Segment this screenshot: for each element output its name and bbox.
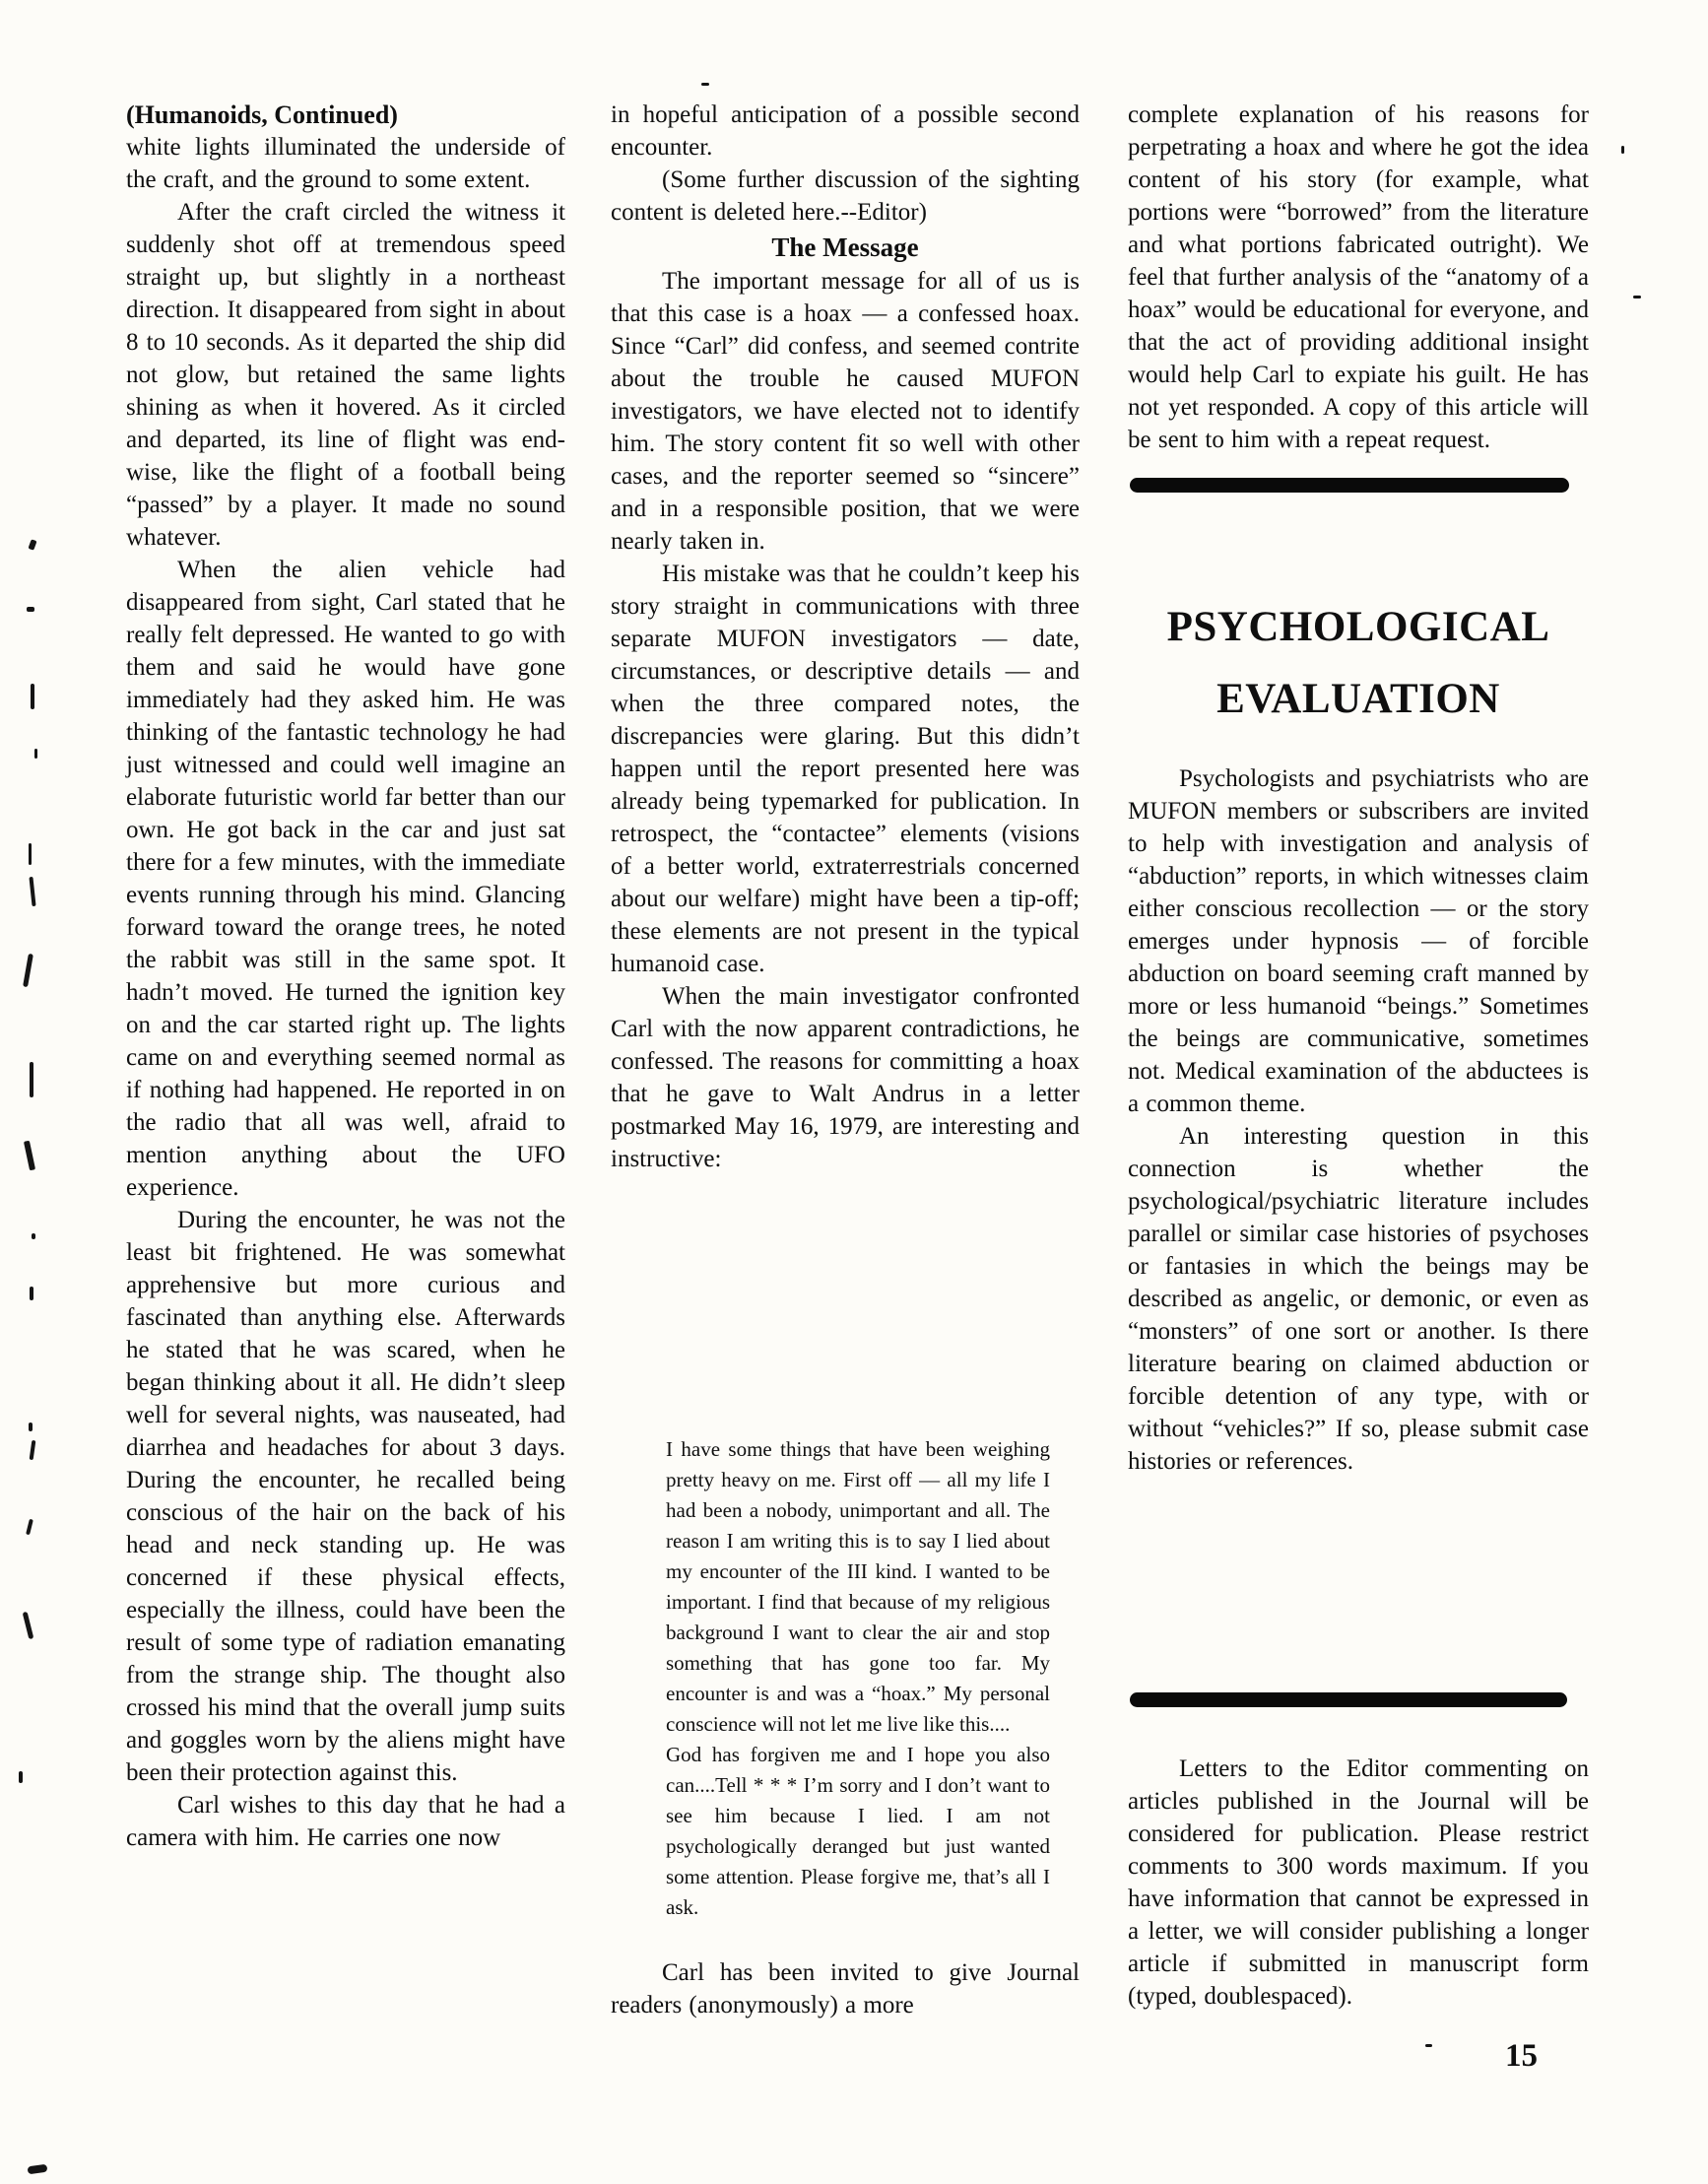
editor-note: (Some further discussion of the sighting…: [611, 164, 1080, 229]
heading-line: PSYCHOLOGICAL: [1128, 591, 1589, 663]
paragraph: During the encounter, he was not the lea…: [126, 1204, 565, 1789]
scan-artifact: [31, 684, 34, 709]
paragraph: When the alien vehicle had disappeared f…: [126, 554, 565, 1204]
scan-artifact: [23, 954, 33, 987]
letters-notice-block: Letters to the Editor commenting on arti…: [1128, 1692, 1589, 2075]
letters-to-editor-notice: Letters to the Editor commenting on arti…: [1128, 1753, 1589, 2013]
quote-paragraph: God has forgiven me and I hope you also …: [666, 1740, 1050, 1923]
scan-artifact: [1633, 296, 1641, 298]
scan-artifact: [30, 1287, 33, 1300]
scan-artifact: [23, 1612, 34, 1639]
scan-artifact: [26, 1519, 33, 1535]
scan-artifact: [29, 1423, 33, 1431]
scan-artifact: [34, 749, 37, 759]
column-right: complete explanation of his reasons for …: [1128, 99, 1589, 2148]
scan-artifact: [29, 843, 32, 865]
paragraph: Psychologists and psychiatrists who are …: [1128, 762, 1589, 1120]
section-divider-rule: [1130, 478, 1569, 493]
scan-artifact: [28, 539, 36, 550]
scan-artifact: [30, 1062, 33, 1097]
scan-artifact: [28, 2164, 48, 2175]
paragraph: The important message for all of us is t…: [611, 265, 1080, 558]
scan-artifact: [1425, 2044, 1432, 2047]
paragraph: in hopeful anticipation of a possible se…: [611, 99, 1080, 164]
scan-artifact: [32, 1233, 35, 1239]
paragraph: white lights illuminated the underside o…: [126, 131, 565, 196]
paragraph: After the craft circled the witness it s…: [126, 196, 565, 554]
scan-artifact: [30, 1440, 36, 1460]
paragraph: complete explanation of his reasons for …: [1128, 99, 1589, 456]
scan-artifact: [19, 1771, 23, 1783]
section-divider-rule: [1130, 1692, 1567, 1707]
article-continuation-block: in hopeful anticipation of a possible se…: [611, 99, 1080, 1175]
psychological-evaluation-heading: PSYCHOLOGICAL EVALUATION: [1128, 591, 1589, 735]
quote-paragraph: I have some things that have been weighi…: [666, 1434, 1050, 1740]
page-number: 15: [1128, 2038, 1538, 2075]
column-middle: in hopeful anticipation of a possible se…: [611, 99, 1080, 1175]
heading-line: EVALUATION: [1128, 663, 1589, 735]
section-heading-the-message: The Message: [611, 231, 1080, 264]
confession-letter-quote: I have some things that have been weighi…: [666, 1434, 1050, 1923]
confession-letter-block: I have some things that have been weighi…: [611, 1421, 1080, 2021]
scan-artifact: [29, 877, 35, 906]
continuation-heading: (Humanoids, Continued): [126, 99, 565, 131]
paragraph: Carl has been invited to give Journal re…: [611, 1956, 1080, 2021]
paragraph: An interesting question in this connecti…: [1128, 1120, 1589, 1478]
article-end-block: complete explanation of his reasons for …: [1128, 99, 1589, 493]
column-left: (Humanoids, Continued) white lights illu…: [126, 99, 565, 1854]
scan-artifact: [27, 607, 34, 612]
scan-artifact: [24, 1141, 35, 1171]
scan-artifact: [701, 83, 709, 86]
journal-page: (Humanoids, Continued) white lights illu…: [0, 0, 1708, 2184]
paragraph: His mistake was that he couldn’t keep hi…: [611, 558, 1080, 980]
scan-artifact: [1621, 146, 1624, 154]
paragraph: Carl wishes to this day that he had a ca…: [126, 1789, 565, 1854]
paragraph: When the main investigator confronted Ca…: [611, 980, 1080, 1175]
psychological-evaluation-section: PSYCHOLOGICAL EVALUATION Psychologists a…: [1128, 591, 1589, 1478]
